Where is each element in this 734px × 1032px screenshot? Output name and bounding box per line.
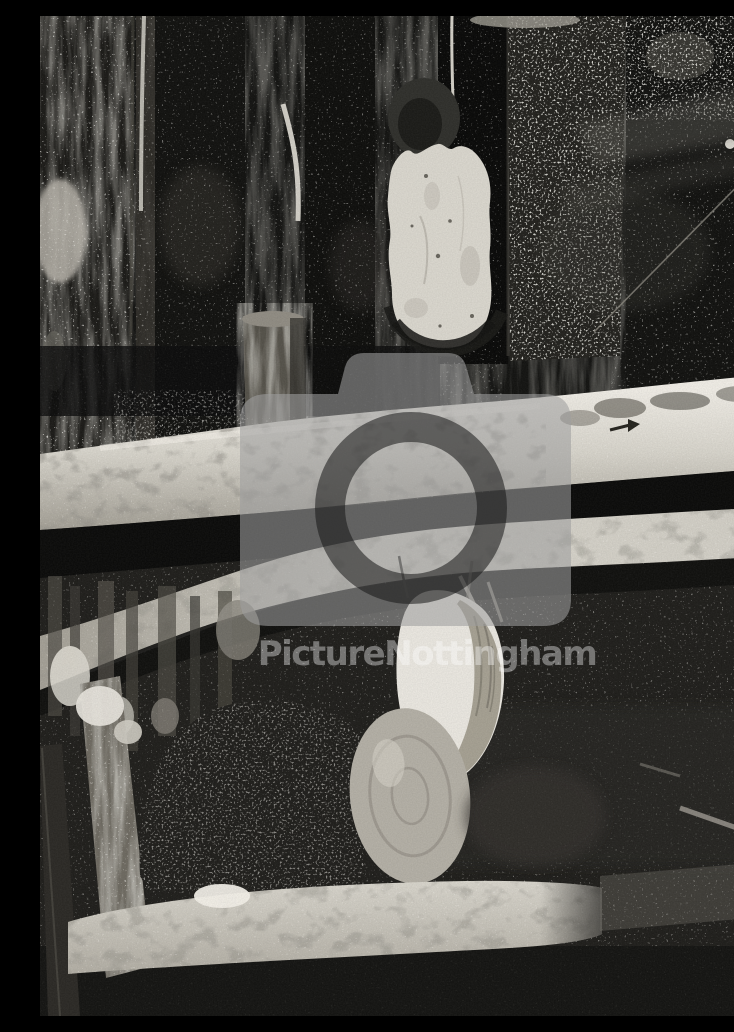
archive-photo: PictureNottingham ( f l r n 5 — [40, 16, 734, 1016]
watermark: PictureNottingham — [240, 353, 596, 674]
watermark-text: PictureNottingham — [258, 634, 597, 674]
